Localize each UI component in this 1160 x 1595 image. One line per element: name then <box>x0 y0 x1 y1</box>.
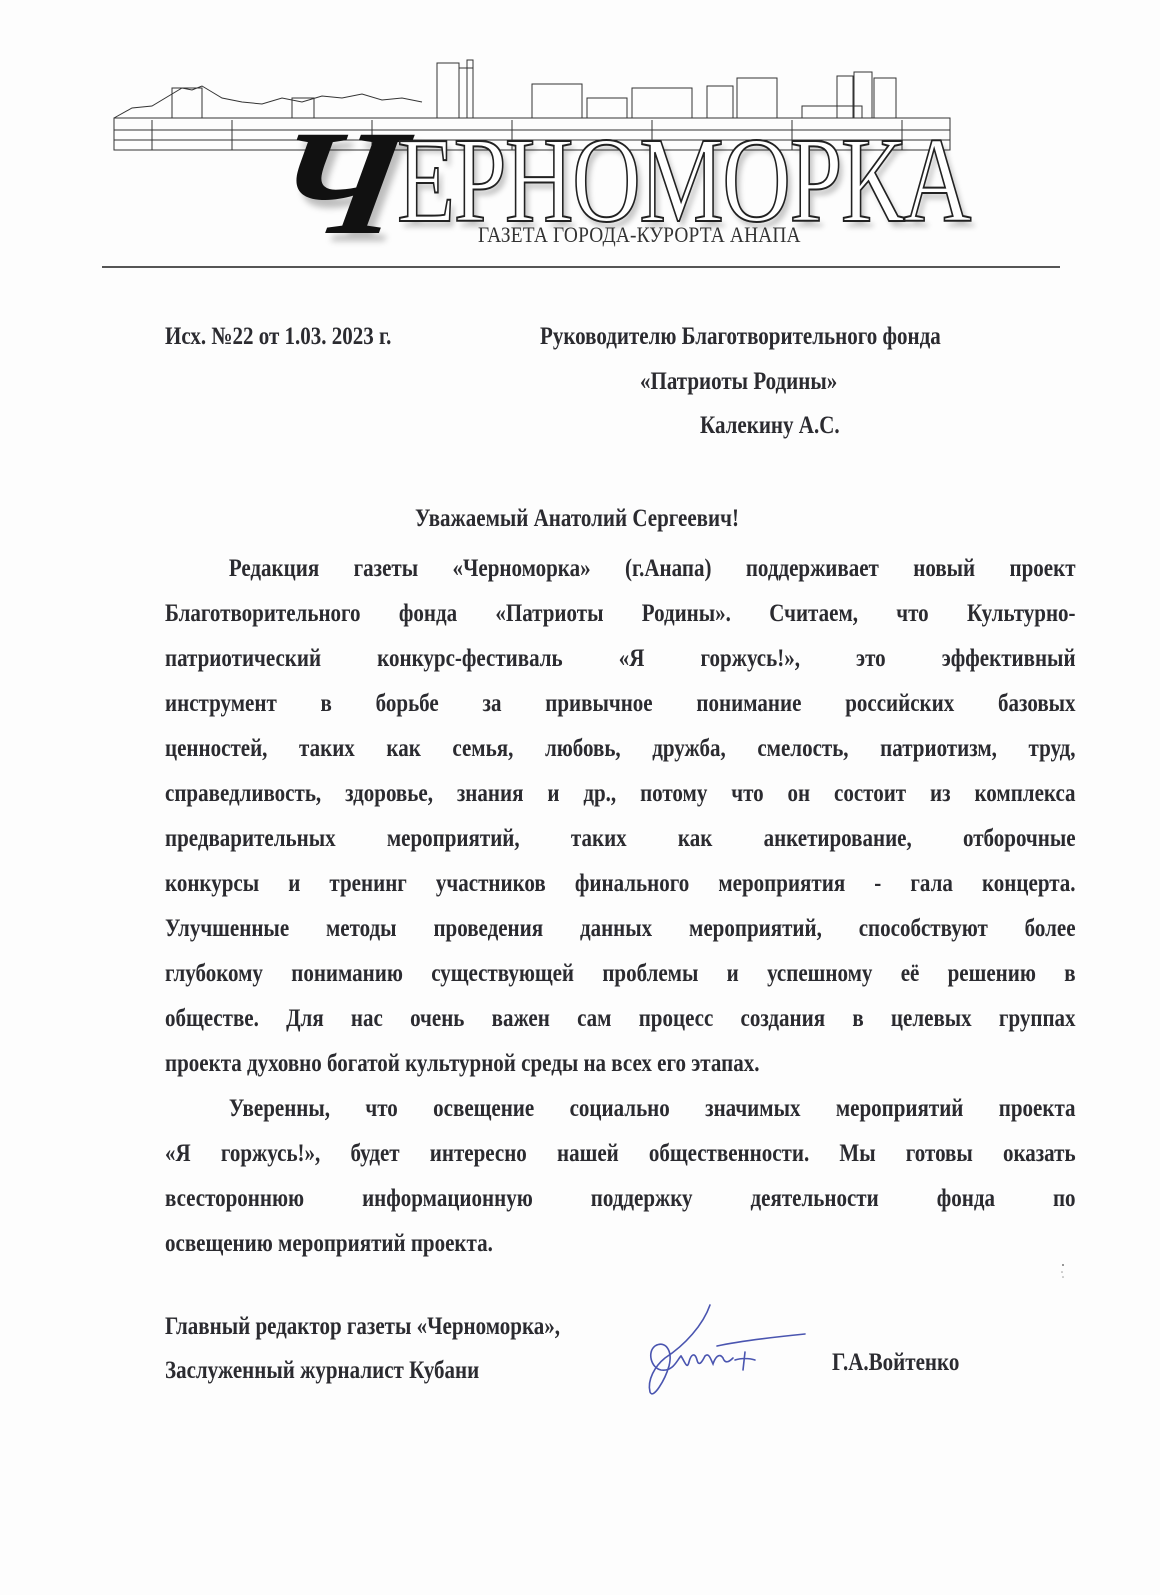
body-line: глубокому пониманию существующей проблем… <box>165 951 1076 996</box>
body-line: обществе. Для нас очень важен сам процес… <box>165 996 1076 1041</box>
scan-speck-icon <box>1060 1262 1066 1280</box>
body-line: проекта духовно богатой культурной среды… <box>165 1041 1076 1086</box>
addressee-line-1: Руководителю Благотворительного фонда <box>540 323 941 351</box>
body-line: Улучшенные методы проведения данных меро… <box>165 906 1076 951</box>
body-line: освещению мероприятий проекта. <box>165 1221 1076 1266</box>
signer-title-line-1: Главный редактор газеты «Черноморка», <box>165 1305 560 1349</box>
salutation: Уважаемый Анатолий Сергеевич! <box>415 505 739 533</box>
logo-letter-ch: Ч <box>261 108 414 258</box>
body-line: предварительных мероприятий, таких как а… <box>165 816 1076 861</box>
body-line: справедливость, здоровье, знания и др., … <box>165 771 1076 816</box>
logo-tagline: ГАЗЕТА ГОРОДА-КУРОРТА АНАПА <box>478 222 801 248</box>
header-divider <box>102 266 1060 268</box>
handwritten-signature-icon <box>625 1300 825 1400</box>
body-line: инструмент в борьбе за привычное пониман… <box>165 681 1076 726</box>
body-line: всестороннюю информационную поддержку де… <box>165 1176 1076 1221</box>
signer-title-line-2: Заслуженный журналист Кубани <box>165 1349 560 1393</box>
body-line: Уверенны, что освещение социально значим… <box>165 1086 1076 1131</box>
addressee-line-3: Калекину А.С. <box>700 412 840 440</box>
body-line: ценностей, таких как семья, любовь, друж… <box>165 726 1076 771</box>
signature-block: Главный редактор газеты «Черноморка», За… <box>165 1305 635 1393</box>
body-line: конкурсы и тренинг участников финального… <box>165 861 1076 906</box>
addressee-line-2: «Патриоты Родины» <box>640 368 837 396</box>
outgoing-reference: Исх. №22 от 1.03. 2023 г. <box>165 323 391 351</box>
signer-name: Г.А.Войтенко <box>832 1349 959 1377</box>
newspaper-masthead: Ч ЕРНОМОРКА ГАЗЕТА ГОРОДА-КУРОРТА АНАПА <box>112 58 1032 258</box>
body-line: патриотический конкурс-фестиваль «Я горж… <box>165 636 1076 681</box>
letter-page: Ч ЕРНОМОРКА ГАЗЕТА ГОРОДА-КУРОРТА АНАПА … <box>0 0 1160 1595</box>
letter-body: Редакция газеты «Черноморка» (г.Анапа) п… <box>165 546 1076 1266</box>
body-line: «Я горжусь!», будет интересно нашей обще… <box>165 1131 1076 1176</box>
body-line: Благотворительного фонда «Патриоты Родин… <box>165 591 1076 636</box>
body-line: Редакция газеты «Черноморка» (г.Анапа) п… <box>165 546 1076 591</box>
